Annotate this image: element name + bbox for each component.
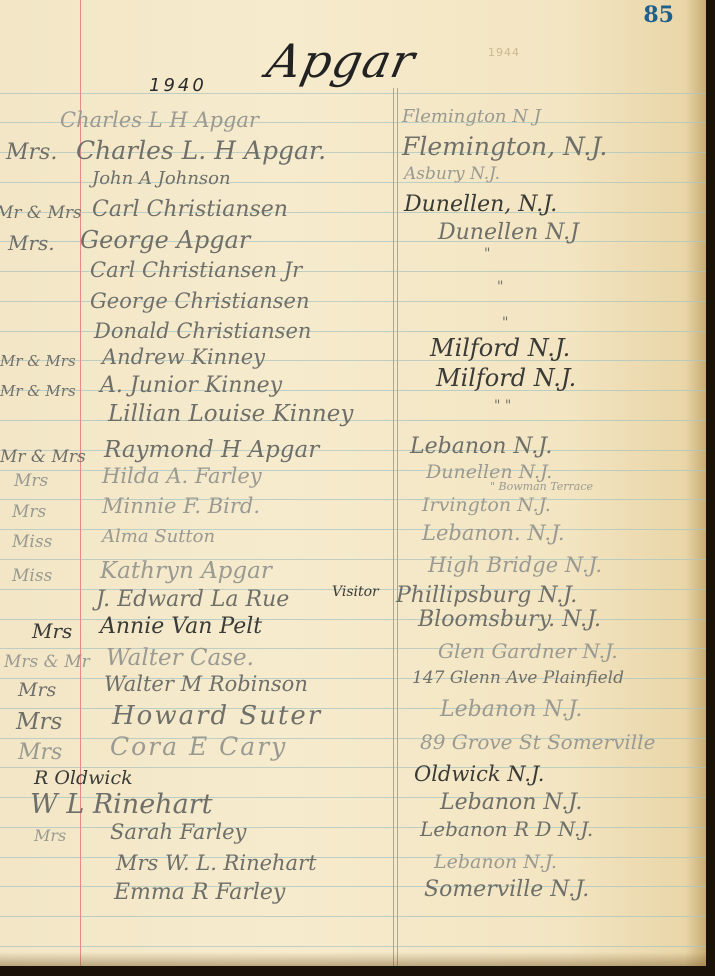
entry-place: Flemington N J <box>402 106 541 127</box>
entry-prefix: Mr & Mrs <box>0 382 76 400</box>
ruled-line <box>0 916 706 917</box>
entry-place: 89 Grove St Somerville <box>420 730 655 754</box>
page-number: 85 <box>643 2 674 28</box>
entry-prefix: Mrs & Mr <box>4 652 90 672</box>
entry-name: Kathryn Apgar <box>100 558 272 584</box>
entry-place: Milford N.J. <box>430 334 570 362</box>
entry-prefix: R Oldwick <box>34 767 133 789</box>
entry-prefix: Mrs <box>32 619 72 643</box>
entry-name: Carl Christiansen <box>92 197 288 222</box>
entry-place: Oldwick N.J. <box>414 762 544 786</box>
entry-name: W L Rinehart <box>30 789 212 820</box>
entry-name: Minnie F. Bird. <box>102 494 260 518</box>
entry-name: John A Johnson <box>92 168 231 189</box>
entry-place: " <box>497 279 503 295</box>
entry-place: Lebanon N.J. <box>440 790 582 815</box>
surname-heading: Apgar <box>262 34 420 88</box>
entry-place: Somerville N.J. <box>424 877 589 902</box>
ruled-line <box>0 886 706 887</box>
entry-name: Mrs W. L. Rinehart <box>116 851 317 875</box>
entry-place: Asbury N.J. <box>404 164 500 184</box>
entry-prefix: Mrs <box>16 709 62 735</box>
entry-place: Bloomsbury. N.J. <box>418 607 601 632</box>
entry-place: Lebanon R D N.J. <box>420 817 593 841</box>
entry-place: Lebanon. N.J. <box>422 521 565 545</box>
entry-name: Andrew Kinney <box>102 345 265 369</box>
ruled-line <box>0 827 706 828</box>
entry-name: Carl Christiansen Jr <box>90 258 302 282</box>
entry-prefix: Mrs <box>14 471 48 491</box>
ruled-line <box>0 93 706 94</box>
entry-place: Phillipsburg N.J. <box>396 583 577 608</box>
entry-prefix: Mrs. <box>6 140 57 165</box>
entry-prefix: Mrs. <box>8 231 55 255</box>
ledger-page: 85 1944 1940 Apgar Charles L H Apgar Fle… <box>0 0 706 966</box>
entry-name: J. Edward La Rue <box>96 587 289 612</box>
entry-place: Milford N.J. <box>436 364 576 392</box>
entry-name: Alma Sutton <box>102 526 215 547</box>
column-divider-line <box>393 88 394 966</box>
entry-name: Emma R Farley <box>114 880 285 905</box>
entry-name: Hilda A. Farley <box>102 464 262 488</box>
entry-place: Dunellen N.J <box>438 220 579 245</box>
entry-name: Annie Van Pelt <box>100 614 262 639</box>
entry-place: 147 Glenn Ave Plainfield <box>412 668 624 688</box>
entry-name: Lillian Louise Kinney <box>108 401 353 427</box>
entry-place: " " <box>494 398 511 414</box>
entry-prefix: Miss <box>12 566 52 586</box>
entry-place: Flemington, N.J. <box>402 132 607 161</box>
faint-bleed-through-mark: 1944 <box>488 46 520 59</box>
year-label: 1940 <box>149 75 207 96</box>
entry-prefix: Mr & Mrs <box>0 447 86 467</box>
entry-prefix: Miss <box>12 532 52 552</box>
entry-place: Dunellen, N.J. <box>404 192 557 217</box>
entry-name: Walter Case. <box>106 645 254 671</box>
ruled-line <box>0 708 706 709</box>
entry-place: Lebanon N.J. <box>434 851 557 873</box>
entry-place: " <box>484 246 490 262</box>
entry-name: Raymond H Apgar <box>104 437 319 463</box>
entry-prefix: Mrs <box>12 502 46 522</box>
entry-name: George Christiansen <box>90 289 310 313</box>
entry-prefix: Mrs <box>18 679 56 701</box>
entry-place: Lebanon N.J. <box>440 697 582 722</box>
visitor-note: Visitor <box>332 584 379 600</box>
ruled-line <box>0 857 706 858</box>
entry-place: High Bridge N.J. <box>428 553 602 577</box>
entry-place: Lebanon N.J. <box>410 434 552 459</box>
ruled-line <box>0 946 706 947</box>
entry-name: Sarah Farley <box>110 820 246 844</box>
entry-place: " <box>502 315 508 331</box>
entry-prefix: Mrs <box>18 740 62 765</box>
entry-place: Glen Gardner N.J. <box>438 639 618 663</box>
entry-prefix: Mr & Mrs <box>0 203 82 223</box>
entry-place: Irvington N.J. <box>422 494 551 516</box>
column-divider-line <box>397 88 398 966</box>
entry-name: Howard Suter <box>112 701 322 731</box>
entry-name: Charles L. H Apgar. <box>76 136 326 165</box>
entry-name: A. Junior Kinney <box>100 373 282 398</box>
entry-name: Donald Christiansen <box>94 319 311 343</box>
entry-prefix: Mr & Mrs <box>0 352 76 370</box>
entry-name: Walter M Robinson <box>104 672 308 696</box>
entry-name: Charles L H Apgar <box>60 108 259 132</box>
entry-name: Cora E Cary <box>110 732 287 761</box>
entry-place-note: " Bowman Terrace <box>490 480 593 493</box>
entry-name: George Apgar <box>80 226 250 254</box>
entry-prefix: Mrs <box>34 826 66 845</box>
